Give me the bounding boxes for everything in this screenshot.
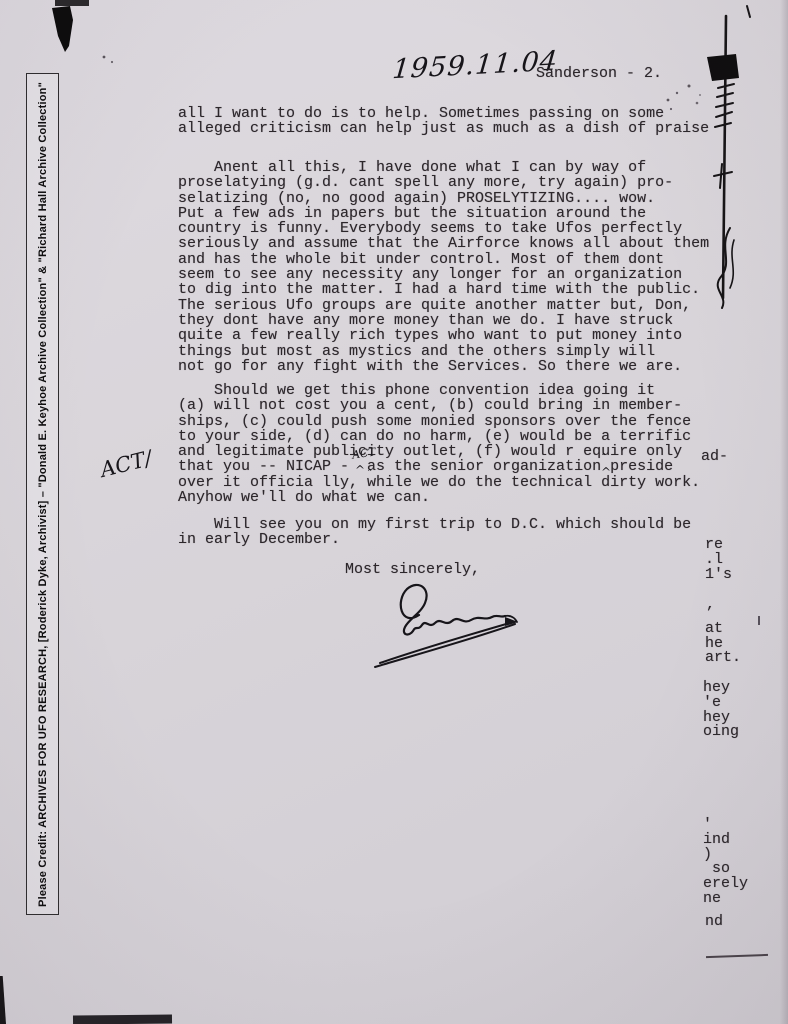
beneath-page-fragment: ad-: [701, 450, 728, 465]
page-label: Sanderson - 2.: [536, 66, 662, 81]
beneath-page-fragment: ' ind ) so erely ne: [703, 818, 748, 907]
scan-artifact-bottom-bar: [73, 1014, 172, 1024]
paragraph-2: Anent all this, I have done what I can b…: [178, 160, 709, 374]
archive-credit-text: Please Credit: ARCHIVES FOR UFO RESEARCH…: [37, 82, 49, 907]
scanned-letter-page: Please Credit: ARCHIVES FOR UFO RESEARCH…: [0, 0, 788, 1024]
preside-superscript-mark: ˆ: [600, 452, 606, 465]
signature-handwriting: [355, 575, 555, 675]
insertion-caret: ^: [355, 463, 365, 477]
beneath-page-fragment: re .l 1's: [705, 538, 732, 582]
small-tick-mark: [758, 616, 760, 625]
handwritten-date: 1959.11.04: [391, 46, 559, 86]
archive-credit-strip: Please Credit: ARCHIVES FOR UFO RESEARCH…: [26, 73, 59, 915]
beneath-page-fragment: hey 'e hey oing: [703, 681, 739, 740]
preside-caret: ^: [601, 465, 611, 479]
page-edge-shadow: [780, 0, 788, 1024]
scan-artifact-right-binding: [700, 0, 788, 330]
scan-artifact-top-left: [40, 0, 130, 70]
scan-artifact-bottom-left-edge: [0, 976, 6, 1024]
beneath-page-fragment: ’ at he art.: [705, 607, 741, 666]
paragraph-1: all I want to do is to help. Sometimes p…: [178, 106, 709, 137]
beneath-page-fragment: nd: [705, 915, 723, 930]
beneath-page-rule: [706, 954, 768, 958]
while-mark: ˆ: [366, 468, 372, 481]
paragraph-4: Will see you on my first trip to D.C. wh…: [178, 517, 691, 548]
margin-note-act: ACT/: [98, 446, 155, 482]
paragraph-3: Should we get this phone convention idea…: [178, 383, 700, 505]
